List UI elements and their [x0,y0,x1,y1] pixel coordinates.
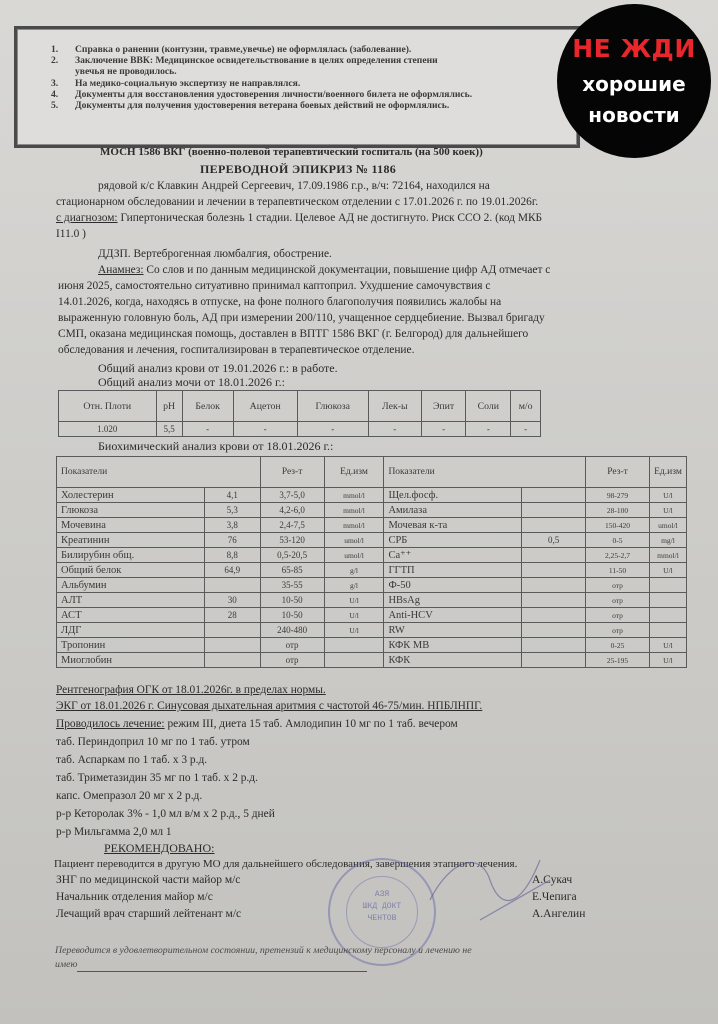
table-cell [204,578,260,593]
table-cell: mmol/l [649,548,686,563]
urine-table: Отн. ПлотиpHБелокАцетонГлюкозаЛек-ыЭпитС… [58,390,541,437]
urine-value-cell: - [368,422,421,437]
biochem-title: Биохимический анализ крови от 18.01.2026… [98,438,333,454]
table-cell [522,548,586,563]
table-cell [522,488,586,503]
table-cell: Глюкоза [57,503,205,518]
table-cell: umol/l [324,533,384,548]
table-row: Мочевина3,82,4-7,5mmol/lМочевая к-та150-… [57,518,687,533]
table-cell [649,593,686,608]
table-cell: U/l [649,563,686,578]
table-cell: Тропонин [57,638,205,653]
urine-header-cell: Ацетон [233,391,297,422]
table-row: МиоглобинотрКФК25-195U/l [57,653,687,668]
anamnesis-label: Анамнез: [98,264,144,276]
table-cell: 64,9 [204,563,260,578]
table-cell [522,518,586,533]
patient-consent-footer: Переводится в удовлетворительном состоян… [55,944,472,972]
treatment-item: таб. Аспаркам по 1 таб. х 3 р.д. [56,752,207,768]
table-cell [324,653,384,668]
treatment-item: р-р Мильгамма 2,0 мл 1 [56,824,172,840]
table-cell: 8,8 [204,548,260,563]
table-cell: 11-50 [586,563,650,578]
table-cell: U/l [649,503,686,518]
diagnosis-label: с диагнозом: [56,212,118,224]
badge-line-3: новости [557,103,711,127]
table-cell: КФК [384,653,522,668]
table-cell: Амилаза [384,503,522,518]
table-cell: 53-120 [260,533,324,548]
table-cell: отр [260,653,324,668]
table-cell: Креатинин [57,533,205,548]
table-cell: U/l [649,638,686,653]
urine-title: Общий анализ мочи от 18.01.2026 г.: [98,374,285,390]
urine-value-cell: - [182,422,233,437]
table-row: Общий белок64,965-85g/lГГТП11-50U/l [57,563,687,578]
table-cell [204,623,260,638]
table-cell [522,653,586,668]
table-cell: Мочевина [57,518,205,533]
table-cell: Альбумин [57,578,205,593]
urine-header-cell: м/о [511,391,541,422]
table-cell: HBsAg [384,593,522,608]
biochem-table: Показатели Рез-т Ед.изм Показатели Рез-т… [56,456,687,668]
col-unit: Ед.изм [324,457,384,488]
table-cell: 5,3 [204,503,260,518]
table-cell: Мочевая к-та [384,518,522,533]
table-cell: 240-480 [260,623,324,638]
table-row: ЛДГ240-480U/lRWотр [57,623,687,638]
urine-value-cell: - [297,422,368,437]
urine-header-cell: Эпит [421,391,466,422]
table-cell: АСТ [57,608,205,623]
table-cell [649,608,686,623]
recommended-label: РЕКОМЕНДОВАНО: [104,840,214,856]
treatment-line-1: Проводилось лечение: режим III, диета 15… [56,716,458,732]
table-cell: отр [586,593,650,608]
table-cell: ГГТП [384,563,522,578]
table-cell: mmol/l [324,518,384,533]
table-cell: g/l [324,563,384,578]
anamnesis-line-6: обследования и лечения, госпитализирован… [58,342,414,358]
table-cell: U/l [649,488,686,503]
treatment-item: таб. Периндоприл 10 мг по 1 таб. утром [56,734,250,750]
table-row: ТропонинотрКФК МВ0-25U/l [57,638,687,653]
stamp-inner-ring [346,876,418,948]
table-cell [522,623,586,638]
urine-header-cell: Белок [182,391,233,422]
table-cell: umol/l [324,548,384,563]
table-cell [204,653,260,668]
col-indicator: Показатели [57,457,261,488]
table-cell: 10-50 [260,608,324,623]
notice-box: 1.Справка о ранении (контузии, травме,ув… [14,26,580,148]
table-cell [522,503,586,518]
table-cell: КФК МВ [384,638,522,653]
signatory-role: Начальник отделения майор м/с [56,889,213,905]
treatment-item: капс. Омепразол 20 мг х 2 р.д. [56,788,202,804]
notice-item: 1.Справка о ранении (контузии, травме,ув… [51,44,571,55]
table-cell: 98-279 [586,488,650,503]
notice-item: 3.На медико-социальную экспертизу не нап… [51,78,571,89]
urine-value-cell: - [466,422,511,437]
news-badge-logo: НЕ ЖДИ хорошие новости [557,4,711,158]
notice-item: 4.Документы для восстановления удостовер… [51,89,571,100]
table-cell: отр [586,623,650,638]
table-cell [649,578,686,593]
table-cell: Общий белок [57,563,205,578]
table-cell: U/l [649,653,686,668]
table-cell: 76 [204,533,260,548]
urine-header-cell: Глюкоза [297,391,368,422]
col-ref: Рез-т [260,457,324,488]
anamnesis-line-4: выраженную головную боль, АД при измерен… [58,310,545,326]
table-cell: отр [260,638,324,653]
anamnesis-line-2: июня 2025, самостоятельно ситуативно при… [58,278,490,294]
table-cell: СРБ [384,533,522,548]
signatory-role: Лечащий врач старший лейтенант м/с [56,906,241,922]
anamnesis-line-5: СМП, оказана медицинская помощь, доставл… [58,326,528,342]
notice-item: 5.Документы для получения удостоверения … [51,100,571,111]
signatory-role: ЗНГ по медицинской части майор м/с [56,872,240,888]
table-cell [204,638,260,653]
notice-list: 1.Справка о ранении (контузии, травме,ув… [51,44,571,111]
patient-line-1: рядовой к/с Клавкин Андрей Сергеевич, 17… [98,178,490,194]
table-cell: 0,5-20,5 [260,548,324,563]
col-indicator-2: Показатели [384,457,586,488]
table-row: АСТ2810-50U/lAnti-HCVотр [57,608,687,623]
anamnesis-line-1: Анамнез: Со слов и по данным медицинской… [98,262,550,278]
table-cell: АЛТ [57,593,205,608]
treatment-item: таб. Триметазидин 35 мг по 1 таб. х 2 р.… [56,770,258,786]
table-row: Холестерин4,13,7-5,0mmol/lЩел.фосф.98-27… [57,488,687,503]
table-cell: RW [384,623,522,638]
table-cell: Щел.фосф. [384,488,522,503]
xray-result: Рентгенография ОГК от 18.01.2026г. в пре… [56,682,326,698]
diagnosis-text: Гипертоническая болезнь 1 стадии. Целево… [118,212,542,224]
table-cell: 65-85 [260,563,324,578]
signature-line [77,971,367,972]
urine-value-cell: 5,5 [156,422,182,437]
document-title: ПЕРЕВОДНОЙ ЭПИКРИЗ № 1186 [200,162,396,177]
table-cell: 25-195 [586,653,650,668]
col-ref-2: Рез-т [586,457,650,488]
ecg-result: ЭКГ от 18.01.2026 г. Синусовая дыхательн… [56,698,482,714]
table-cell: 28 [204,608,260,623]
urine-value-cell: - [511,422,541,437]
table-cell: mmol/l [324,503,384,518]
table-cell [522,593,586,608]
urine-header-cell: Лек-ы [368,391,421,422]
table-cell: 4,2-6,0 [260,503,324,518]
urine-value-cell: 1.020 [59,422,157,437]
table-cell: U/l [324,593,384,608]
table-cell: Ca⁺⁺ [384,548,522,563]
table-cell: 0,5 [522,533,586,548]
badge-line-2: хорошие [557,72,711,96]
table-row: Билирубин общ.8,80,5-20,5umol/lCa⁺⁺2,25-… [57,548,687,563]
table-cell: отр [586,608,650,623]
table-cell: 150-420 [586,518,650,533]
table-cell: 3,7-5,0 [260,488,324,503]
table-cell: 30 [204,593,260,608]
table-cell [522,608,586,623]
badge-line-1: НЕ ЖДИ [557,34,711,63]
table-cell [522,638,586,653]
table-cell: U/l [324,623,384,638]
treatment-item: р-р Кеторолак 3% - 1,0 мл в/м х 2 р.д., … [56,806,275,822]
notice-item: 2.Заключение ВВК: Медицинское освидетель… [51,55,571,77]
table-cell: ЛДГ [57,623,205,638]
patient-line-2: стационарном обследовании и лечении в те… [56,194,538,210]
col-unit-2: Ед.изм [649,457,686,488]
table-row: Альбумин35-55g/lФ-50отр [57,578,687,593]
table-cell: Билирубин общ. [57,548,205,563]
table-cell: Ф-50 [384,578,522,593]
table-cell [522,563,586,578]
table-cell: umol/l [649,518,686,533]
table-cell: U/l [324,608,384,623]
table-cell: g/l [324,578,384,593]
anamnesis-line-3: 14.01.2026, когда, находясь в отпуске, н… [58,294,501,310]
table-cell: Миоглобин [57,653,205,668]
table-cell: mmol/l [324,488,384,503]
table-cell: 35-55 [260,578,324,593]
diagnosis-line: с диагнозом: Гипертоническая болезнь 1 с… [56,210,542,226]
urine-header-cell: pH [156,391,182,422]
table-cell: отр [586,578,650,593]
urine-value-cell: - [421,422,466,437]
table-cell [522,578,586,593]
table-cell: 4,1 [204,488,260,503]
secondary-diagnosis: ДДЗП. Вертеброгенная люмбалгия, обострен… [98,246,332,262]
institution-name: МОСН 1586 ВКГ (военно-полевой терапевтич… [100,146,483,158]
urine-header-cell: Соли [466,391,511,422]
table-cell: 0-5 [586,533,650,548]
urine-value-cell: - [233,422,297,437]
table-cell: 2,25-2,7 [586,548,650,563]
table-row: Креатинин7653-120umol/lСРБ0,50-5mg/l [57,533,687,548]
table-cell: Anti-HCV [384,608,522,623]
table-cell: 10-50 [260,593,324,608]
table-cell: Холестерин [57,488,205,503]
table-cell [324,638,384,653]
diagnosis-code: I11.0 ) [56,226,86,242]
table-cell: 0-25 [586,638,650,653]
document-photo: 1.Справка о ранении (контузии, травме,ув… [0,0,718,1024]
urine-header-cell: Отн. Плоти [59,391,157,422]
table-row: Глюкоза5,34,2-6,0mmol/lАмилаза28-100U/l [57,503,687,518]
table-cell: 3,8 [204,518,260,533]
treatment-label: Проводилось лечение: [56,718,165,730]
table-cell: 28-100 [586,503,650,518]
handwritten-signature [420,840,560,940]
table-cell [649,623,686,638]
table-row: АЛТ3010-50U/lHBsAgотр [57,593,687,608]
table-cell: 2,4-7,5 [260,518,324,533]
table-cell: mg/l [649,533,686,548]
